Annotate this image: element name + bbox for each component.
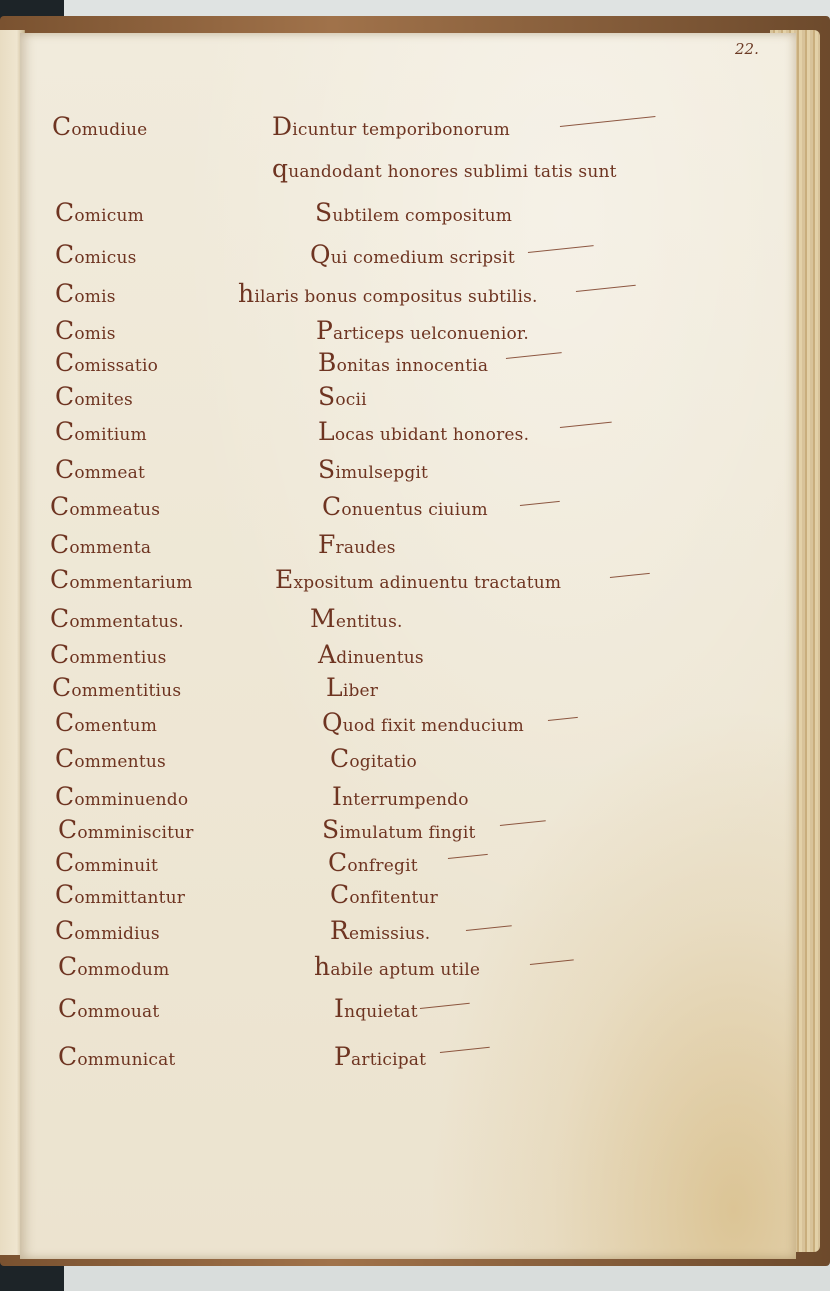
gloss: Liber (326, 673, 378, 702)
gloss: Socii (318, 382, 367, 411)
flourish-stroke (420, 1003, 470, 1010)
glossary-row: Commentatus. Mentitus. (0, 604, 830, 634)
gloss: Adinuentus (318, 640, 424, 669)
glossary-row: Commidius Remissius. (0, 916, 830, 946)
gloss: Fraudes (318, 530, 396, 559)
glossary-row: Comudiue Dicuntur temporibonorum (0, 112, 830, 142)
flourish-stroke (448, 854, 488, 860)
lemma: Commidius (55, 916, 160, 945)
lemma: Comites (55, 382, 133, 411)
glossary-entries: Comudiue Dicuntur temporibonorum quandod… (0, 0, 830, 1291)
lemma: Comminiscitur (58, 815, 194, 844)
lemma: Comminuit (55, 848, 158, 877)
lemma: Commenta (50, 530, 151, 559)
flourish-stroke (520, 501, 560, 507)
gloss: Confitentur (330, 880, 438, 909)
lemma: Comicum (55, 198, 144, 227)
gloss: Confregit (328, 848, 418, 877)
lemma: Comicus (55, 240, 137, 269)
lemma: Communicat (58, 1042, 175, 1071)
glossary-row: Comminiscitur Simulatum fingit (0, 815, 830, 845)
flourish-stroke (548, 717, 578, 722)
gloss: Dicuntur temporibonorum (272, 112, 510, 141)
gloss: Subtilem compositum (315, 198, 512, 227)
lemma: Commentitius (52, 673, 181, 702)
gloss: Quod fixit menducium (322, 708, 524, 737)
flourish-stroke (440, 1047, 490, 1054)
glossary-row: Comites Socii (0, 382, 830, 412)
glossary-row: Comicus Qui comedium scripsit (0, 240, 830, 270)
lemma: Committantur (55, 880, 185, 909)
lemma: Comis (55, 316, 116, 345)
glossary-row: Commodum habile aptum utile (0, 952, 830, 982)
glossary-row: Commentus Cogitatio (0, 744, 830, 774)
lemma: Commentarium (50, 565, 193, 594)
flourish-stroke (560, 116, 656, 128)
gloss: Locas ubidant honores. (318, 417, 529, 446)
glossary-row: Comitium Locas ubidant honores. (0, 417, 830, 447)
lemma: Commouat (58, 994, 159, 1023)
lemma: Commentus (55, 744, 166, 773)
flourish-stroke (560, 422, 612, 429)
lemma: Commeatus (50, 492, 160, 521)
lemma: Commentius (50, 640, 167, 669)
gloss: Interrumpendo (332, 782, 469, 811)
glossary-row: Comminuendo Interrumpendo (0, 782, 830, 812)
glossary-row: quandodant honores sublimi tatis sunt (0, 154, 830, 184)
flourish-stroke (528, 245, 594, 254)
gloss: hilaris bonus compositus subtilis. (238, 279, 538, 308)
lemma: Comissatio (55, 348, 158, 377)
glossary-row: Committantur Confitentur (0, 880, 830, 910)
flourish-stroke (576, 285, 636, 293)
lemma: Commodum (58, 952, 169, 981)
glossary-row: Commeatus Conuentus ciuium (0, 492, 830, 522)
flourish-stroke (530, 959, 574, 966)
gloss: habile aptum utile (314, 952, 480, 981)
flourish-stroke (506, 352, 562, 360)
flourish-stroke (500, 820, 546, 827)
glossary-row: Comicum Subtilem compositum (0, 198, 830, 228)
glossary-row: Commenta Fraudes (0, 530, 830, 560)
glossary-row: Commentarium Expositum adinuentu tractat… (0, 565, 830, 595)
glossary-row: Commentius Adinuentus (0, 640, 830, 670)
glossary-row: Comissatio Bonitas innocentia (0, 348, 830, 378)
gloss: quandodant honores sublimi tatis sunt (272, 154, 617, 183)
lemma: Commeat (55, 455, 145, 484)
glossary-row: Commeat Simulsepgit (0, 455, 830, 485)
gloss: Remissius. (330, 916, 430, 945)
glossary-row: Comis Particeps uelconuenior. (0, 316, 830, 346)
flourish-stroke (610, 573, 650, 579)
gloss: Simulsepgit (318, 455, 428, 484)
flourish-stroke (466, 925, 512, 932)
glossary-row: Commentitius Liber (0, 673, 830, 703)
glossary-row: Commouat Inquietat (0, 994, 830, 1024)
gloss: Participat (334, 1042, 426, 1071)
gloss: Expositum adinuentu tractatum (275, 565, 561, 594)
gloss: Cogitatio (330, 744, 417, 773)
glossary-row: Comis hilaris bonus compositus subtilis. (0, 279, 830, 309)
gloss: Conuentus ciuium (322, 492, 488, 521)
gloss: Qui comedium scripsit (310, 240, 515, 269)
lemma: Comentum (55, 708, 157, 737)
gloss: Simulatum fingit (322, 815, 476, 844)
gloss: Particeps uelconuenior. (316, 316, 529, 345)
lemma: Comudiue (52, 112, 147, 141)
gloss: Mentitus. (310, 604, 403, 633)
lemma: Comitium (55, 417, 147, 446)
lemma: Comminuendo (55, 782, 188, 811)
gloss: Bonitas innocentia (318, 348, 488, 377)
lemma: Commentatus. (50, 604, 184, 633)
glossary-row: Communicat Participat (0, 1042, 830, 1072)
glossary-row: Comminuit Confregit (0, 848, 830, 878)
glossary-row: Comentum Quod fixit menducium (0, 708, 830, 738)
lemma: Comis (55, 279, 116, 308)
gloss: Inquietat (334, 994, 418, 1023)
